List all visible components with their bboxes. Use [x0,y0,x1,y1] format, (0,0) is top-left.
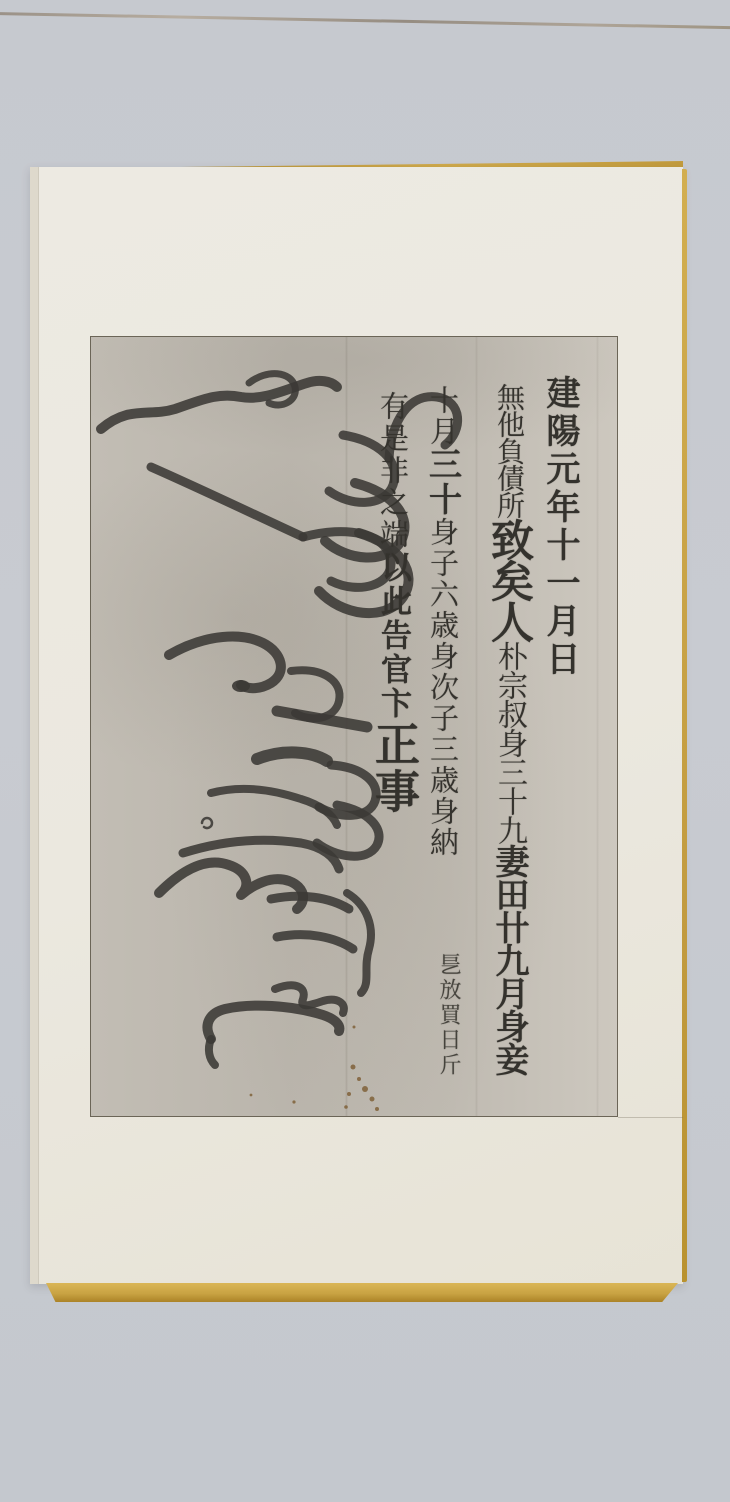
text-column-body-1: 無他負債所致矣人朴宗叔身三十九妻田卄九月身妾 [487,383,530,1075]
text-segment: 有是非之端 [376,391,410,551]
board-bottom-gilt-edge [46,1283,678,1302]
text-segment: 以此告官卞 [375,551,411,721]
board-crease-line [618,1117,683,1118]
text-column-body-2: 十月三十身子六歳身次子三歳身納 [427,385,460,858]
text-segment: 正事 [367,721,420,815]
text-segment: 朴宗叔身三十九 [492,641,527,844]
text-column-date: 建陽元年十一月日 [543,375,577,679]
text-column-body-3: 有是非之端以此告官卞正事 [371,391,416,815]
foxing-spots [250,1026,379,1112]
wall-seam-line [0,12,730,29]
board-right-gilt-edge [682,169,687,1282]
text-segment: 身子六歳身次子三歳身納 [426,517,460,858]
text-segment: 三十 [424,447,463,517]
text-segment: 無他負債所 [493,383,526,518]
text-column-small-annotation: 乬放買日斤 [437,953,459,1078]
wall-background: 建陽元年十一月日 無他負債所致矣人朴宗叔身三十九妻田卄九月身妾 十月三十身子六歳… [0,0,730,1502]
text-segment: 妻田卄九月身妾 [489,844,529,1075]
board-left-edge [30,167,39,1284]
text-segment: 致矣人 [484,518,534,641]
document-photo: 建陽元年十一月日 無他負債所致矣人朴宗叔身三十九妻田卄九月身妾 十月三十身子六歳… [90,336,618,1117]
text-segment: 十月 [426,385,460,447]
